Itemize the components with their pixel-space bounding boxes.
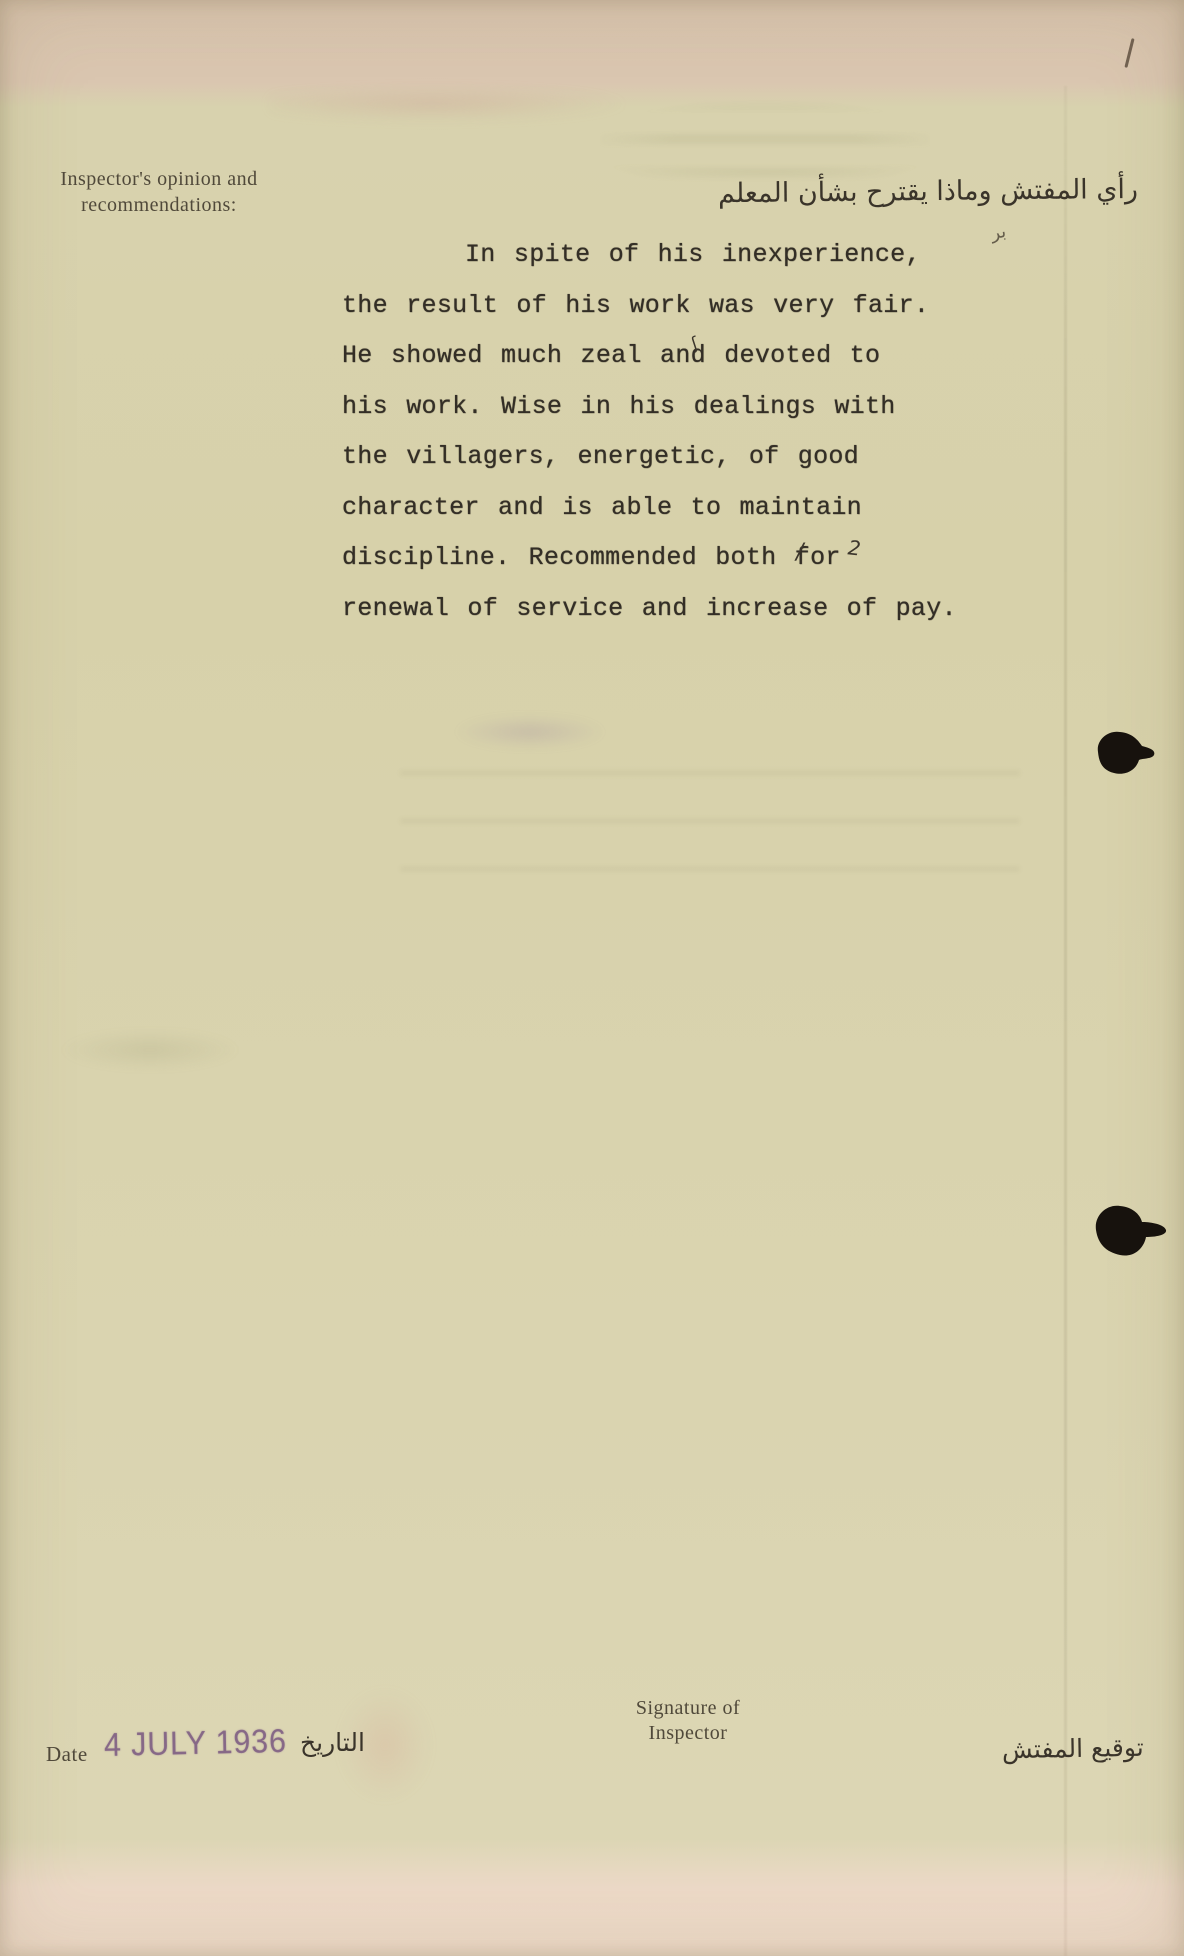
- inspector-opinion-label-arabic: رأي المفتش وماذا يقترح بشأن المعلم: [718, 174, 1148, 210]
- bleedthrough-smudge: [270, 86, 630, 122]
- signature-label-line2: Inspector: [588, 1721, 788, 1746]
- bleedthrough-smudge: [60, 1030, 240, 1070]
- page-fold-line: [1064, 86, 1067, 1956]
- typed-line: He showed much zeal and devoted to: [342, 341, 982, 392]
- typed-line: the result of his work was very fair.: [342, 291, 982, 342]
- ink-blot-top: [1086, 722, 1164, 784]
- scanned-document-page: Inspector's opinion and recommendations:…: [0, 0, 1184, 1956]
- inspector-opinion-label: Inspector's opinion and recommendations:: [44, 166, 274, 218]
- handwritten-ref-mark-1: /: [796, 540, 803, 565]
- bleedthrough-smudge: [455, 715, 605, 749]
- signature-of-inspector-label: Signature of Inspector: [588, 1696, 788, 1746]
- pen-stroke-mark: [1124, 38, 1134, 68]
- typed-line: discipline. Recommended both for: [342, 543, 982, 594]
- typed-line: his work. Wise in his dealings with: [342, 392, 982, 443]
- signature-label-arabic: توقيع المفتش: [1002, 1733, 1144, 1764]
- arabic-flourish-mark: بر: [989, 221, 1007, 244]
- typed-line: character and is able to maintain: [342, 493, 982, 544]
- typed-line: In spite of his inexperience,: [342, 240, 982, 291]
- signature-label-line1: Signature of: [588, 1696, 788, 1721]
- inspector-opinion-label-line2: recommendations:: [44, 192, 274, 218]
- ink-blot-bottom: [1082, 1196, 1178, 1266]
- date-label: Date: [46, 1742, 88, 1767]
- bleedthrough-smudge: [400, 770, 1020, 890]
- typed-line: the villagers, energetic, of good: [342, 442, 982, 493]
- date-stamp: 4 JULY 1936: [104, 1722, 298, 1764]
- typed-remarks-paragraph: In spite of his inexperience, the result…: [342, 240, 982, 644]
- date-label-arabic: التاريخ: [300, 1728, 365, 1757]
- handwritten-ref-mark-2: 2: [847, 535, 862, 560]
- inspector-opinion-label-line1: Inspector's opinion and: [44, 166, 274, 192]
- typed-line: renewal of service and increase of pay.: [342, 594, 982, 645]
